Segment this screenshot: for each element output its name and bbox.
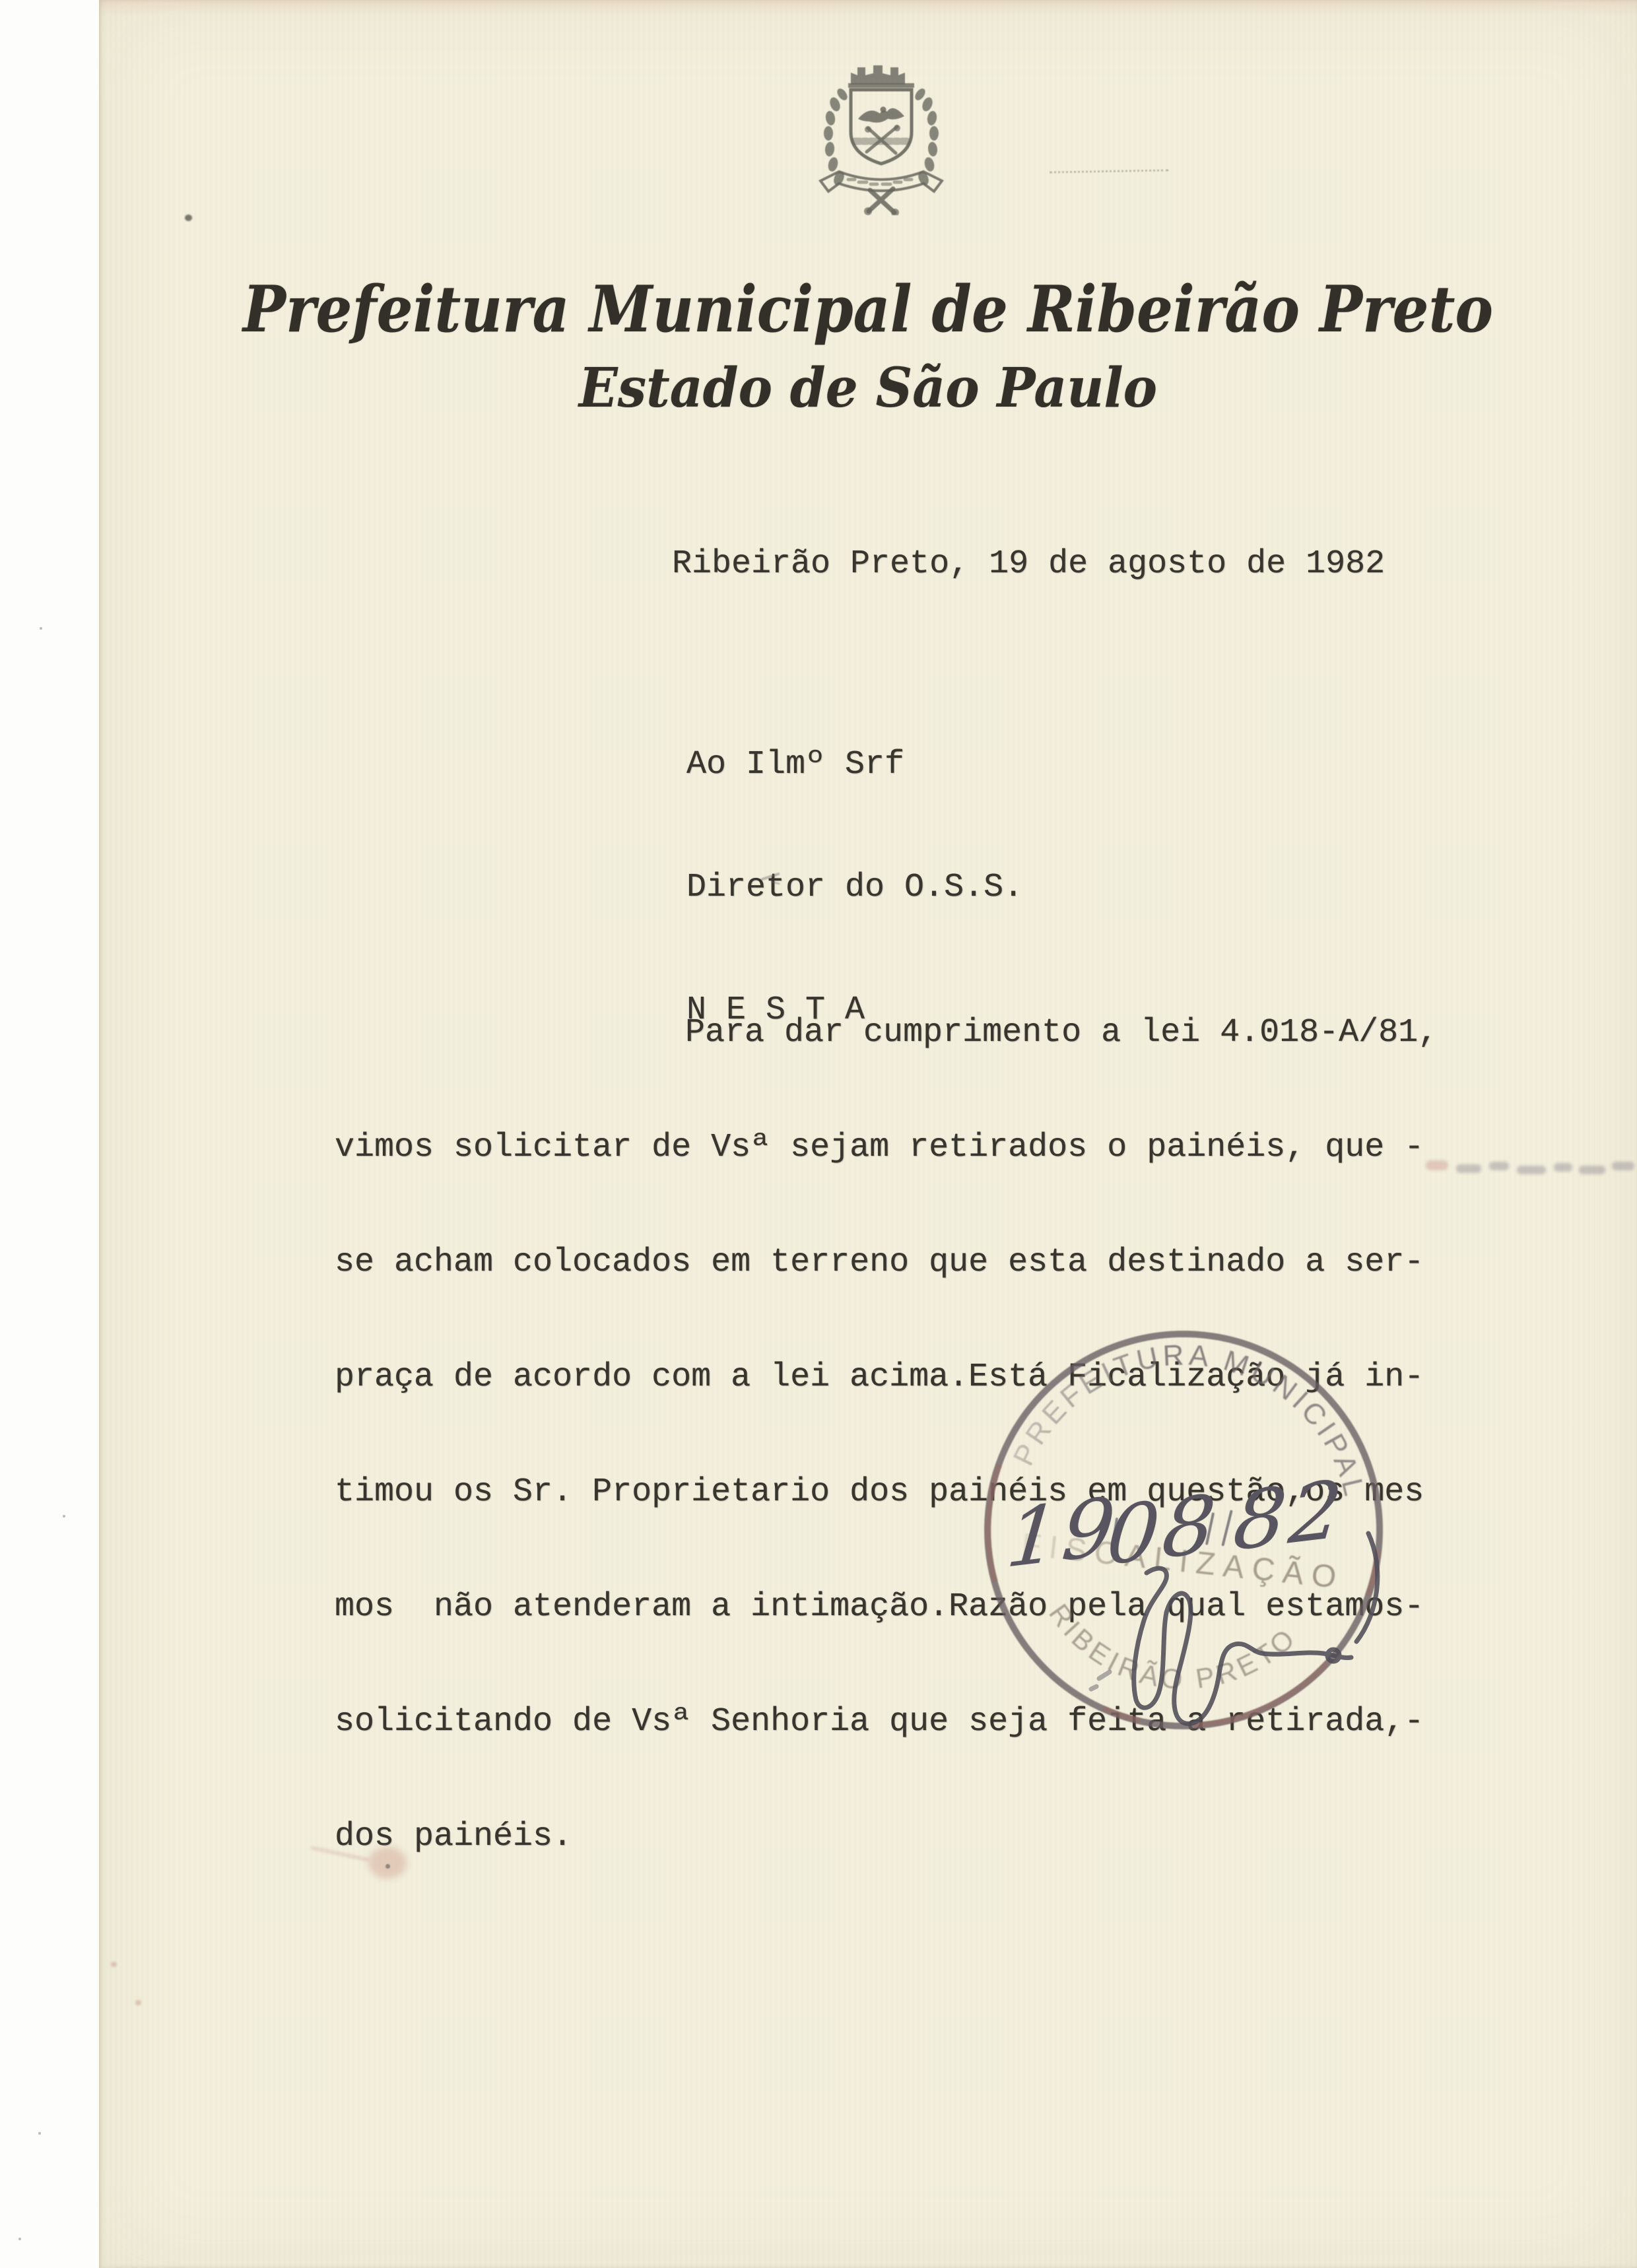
scanned-letter-page: Prefeitura Municipal de Ribeirão Preto E… — [99, 0, 1637, 2268]
body-line: dos painéis. — [335, 1818, 1438, 1856]
dateline: Ribeirão Preto, 19 de agosto de 1982 — [672, 545, 1385, 584]
scanner-background — [0, 0, 99, 2268]
body-line: se acham colocados em terreno que esta d… — [335, 1244, 1438, 1282]
bleed-through-smudge — [1426, 1154, 1637, 1191]
scan-speck — [63, 1515, 65, 1518]
pink-smudge — [368, 1847, 407, 1879]
scan-speck — [18, 2238, 21, 2240]
recipient-line: Ao Ilmº Srf — [686, 745, 1023, 785]
edge-speck — [111, 1962, 117, 1967]
coat-of-arms-icon — [809, 58, 954, 215]
ink-spot — [185, 215, 192, 221]
body-line: Para dar cumprimento a lei 4.018-A/81, — [335, 1014, 1438, 1052]
edge-speck — [135, 2000, 141, 2005]
letterhead-org-subtitle: Estado de São Paulo — [145, 356, 1591, 420]
stamp-date-year: 82 — [1230, 1462, 1349, 1568]
round-fiscalizacao-stamp: PREFEITURA MUNICIPAL RIBEIRÃO PRETO FISC… — [974, 1322, 1396, 1745]
recipient-line: Diretor do O.S.S. — [686, 867, 1023, 908]
scan-speck — [38, 2132, 41, 2135]
letterhead-org-name: Prefeitura Municipal de Ribeirão Preto — [176, 272, 1560, 347]
ink-speck — [385, 1864, 390, 1869]
faint-dotted-pencil-line — [1050, 169, 1168, 173]
stamp-date-month: 08 — [1103, 1477, 1222, 1583]
body-line: vimos solicitar de Vsª sejam retirados o… — [335, 1129, 1438, 1167]
scan-speck — [40, 627, 42, 630]
